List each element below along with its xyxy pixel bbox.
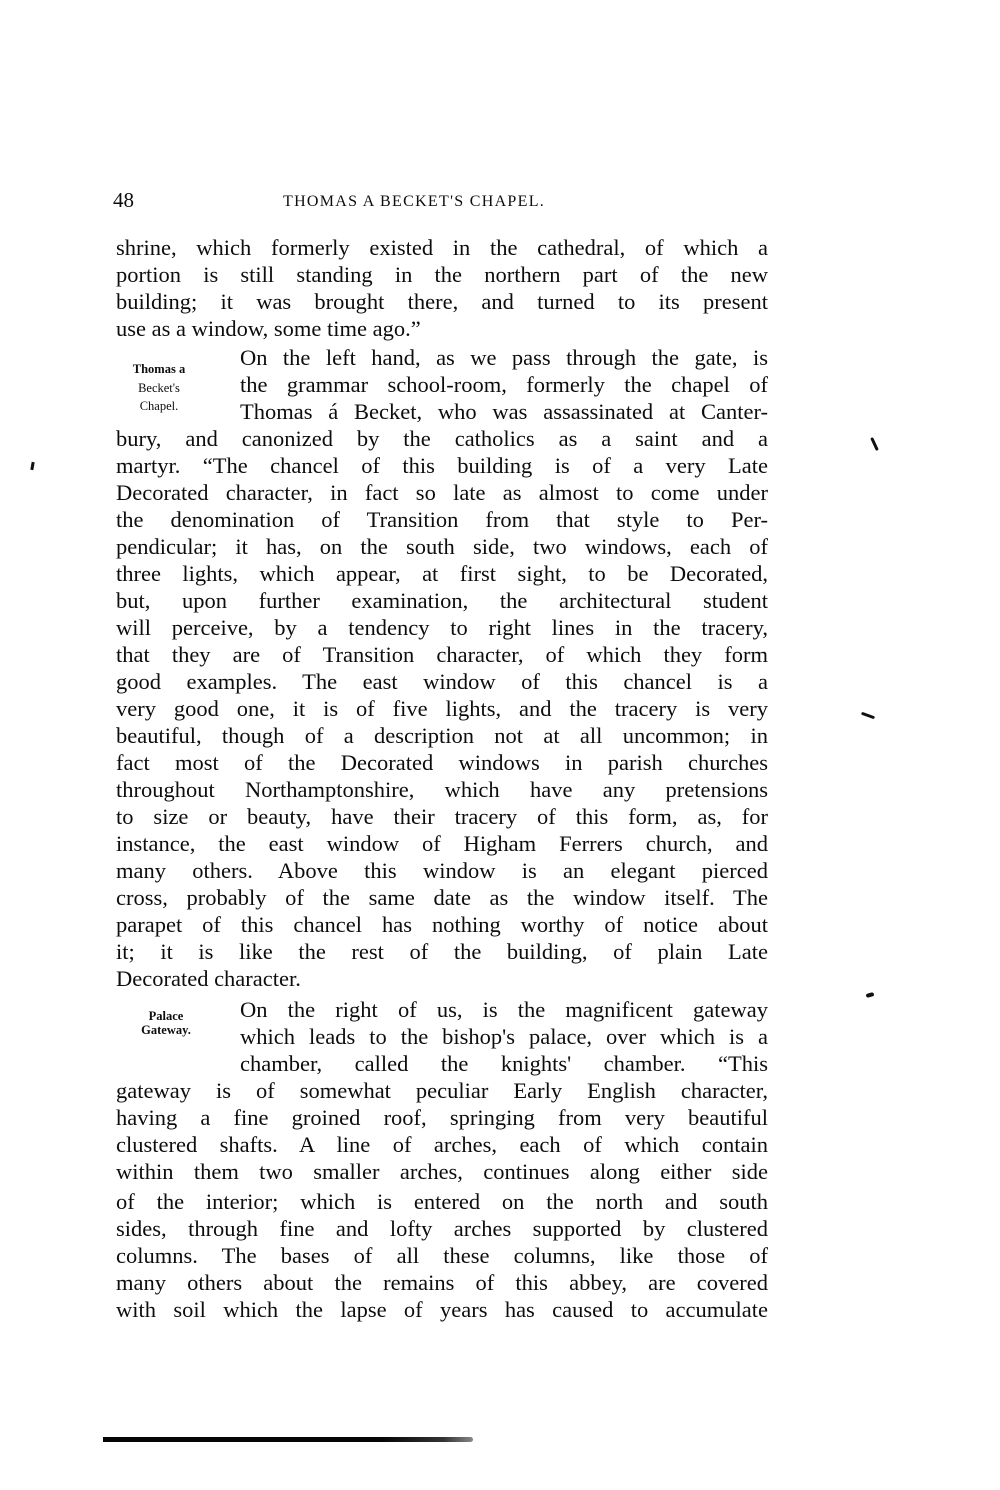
text-line: Thomas á Becket, who was assassinated at… xyxy=(116,398,768,425)
scan-speck xyxy=(861,712,875,720)
text-line: bury, and canonized by the catholics as … xyxy=(116,425,768,452)
text-line: that they are of Transition character, o… xyxy=(116,641,768,668)
text-line: clustered shafts. A line of arches, each… xyxy=(116,1131,768,1158)
text-line: beautiful, though of a description not a… xyxy=(116,722,768,749)
text-line: which leads to the bishop's palace, over… xyxy=(116,1023,768,1050)
text-line: throughout Northamptonshire, which have … xyxy=(116,776,768,803)
page-number: 48 xyxy=(113,188,134,212)
text-line: cross, probably of the same date as the … xyxy=(116,884,768,911)
text-line: martyr. “The chancel of this building is… xyxy=(116,452,768,479)
paragraph: On the left hand, as we pass through the… xyxy=(116,344,768,992)
text-line: within them two smaller arches, continue… xyxy=(116,1158,768,1185)
text-line: gateway is of somewhat peculiar Early En… xyxy=(116,1077,768,1104)
text-line: will perceive, by a tendency to right li… xyxy=(116,614,768,641)
text-line: On the right of us, is the magnificent g… xyxy=(116,996,768,1023)
text-line: chamber, called the knights' chamber. “T… xyxy=(116,1050,768,1077)
page-header: 48 THOMAS A BECKET'S CHAPEL. xyxy=(113,188,770,218)
text-line: On the left hand, as we pass through the… xyxy=(116,344,768,371)
text-line: instance, the east window of Higham Ferr… xyxy=(116,830,768,857)
text-line: parapet of this chancel has nothing wort… xyxy=(116,911,768,938)
paragraph: On the right of us, is the magnificent g… xyxy=(116,996,768,1323)
text-line: columns. The bases of all these columns,… xyxy=(116,1242,768,1269)
text-line: Decorated character, in fact so late as … xyxy=(116,479,768,506)
text-line: to size or beauty, have their tracery of… xyxy=(116,803,768,830)
text-line: portion is still standing in the norther… xyxy=(116,261,768,288)
scan-speck xyxy=(30,462,34,470)
bottom-rule xyxy=(103,1437,473,1442)
text-line: shrine, which formerly existed in the ca… xyxy=(116,234,768,261)
text-line: the denomination of Transition from that… xyxy=(116,506,768,533)
text-line: having a fine groined roof, springing fr… xyxy=(116,1104,768,1131)
text-line: building; it was brought there, and turn… xyxy=(116,288,768,315)
paragraph: shrine, which formerly existed in the ca… xyxy=(116,234,768,342)
text-line: the grammar school-room, formerly the ch… xyxy=(116,371,768,398)
text-line: good examples. The east window of this c… xyxy=(116,668,768,695)
text-line: pendicular; it has, on the south side, t… xyxy=(116,533,768,560)
text-line: fact most of the Decorated windows in pa… xyxy=(116,749,768,776)
running-head: THOMAS A BECKET'S CHAPEL. xyxy=(283,191,545,213)
text-line: but, upon further examination, the archi… xyxy=(116,587,768,614)
text-line: many others about the remains of this ab… xyxy=(116,1269,768,1296)
text-line: use as a window, some time ago.” xyxy=(116,315,768,342)
text-line: of the interior; which is entered on the… xyxy=(116,1188,768,1215)
body-text: shrine, which formerly existed in the ca… xyxy=(116,234,768,1323)
text-line: very good one, it is of five lights, and… xyxy=(116,695,768,722)
scan-speck xyxy=(866,992,875,998)
text-line: with soil which the lapse of years has c… xyxy=(116,1296,768,1323)
text-line: it; it is like the rest of the building,… xyxy=(116,938,768,965)
scan-speck xyxy=(870,437,879,451)
text-line: sides, through fine and lofty arches sup… xyxy=(116,1215,768,1242)
text-line: three lights, which appear, at first sig… xyxy=(116,560,768,587)
text-line: many others. Above this window is an ele… xyxy=(116,857,768,884)
text-line: Decorated character. xyxy=(116,965,768,992)
